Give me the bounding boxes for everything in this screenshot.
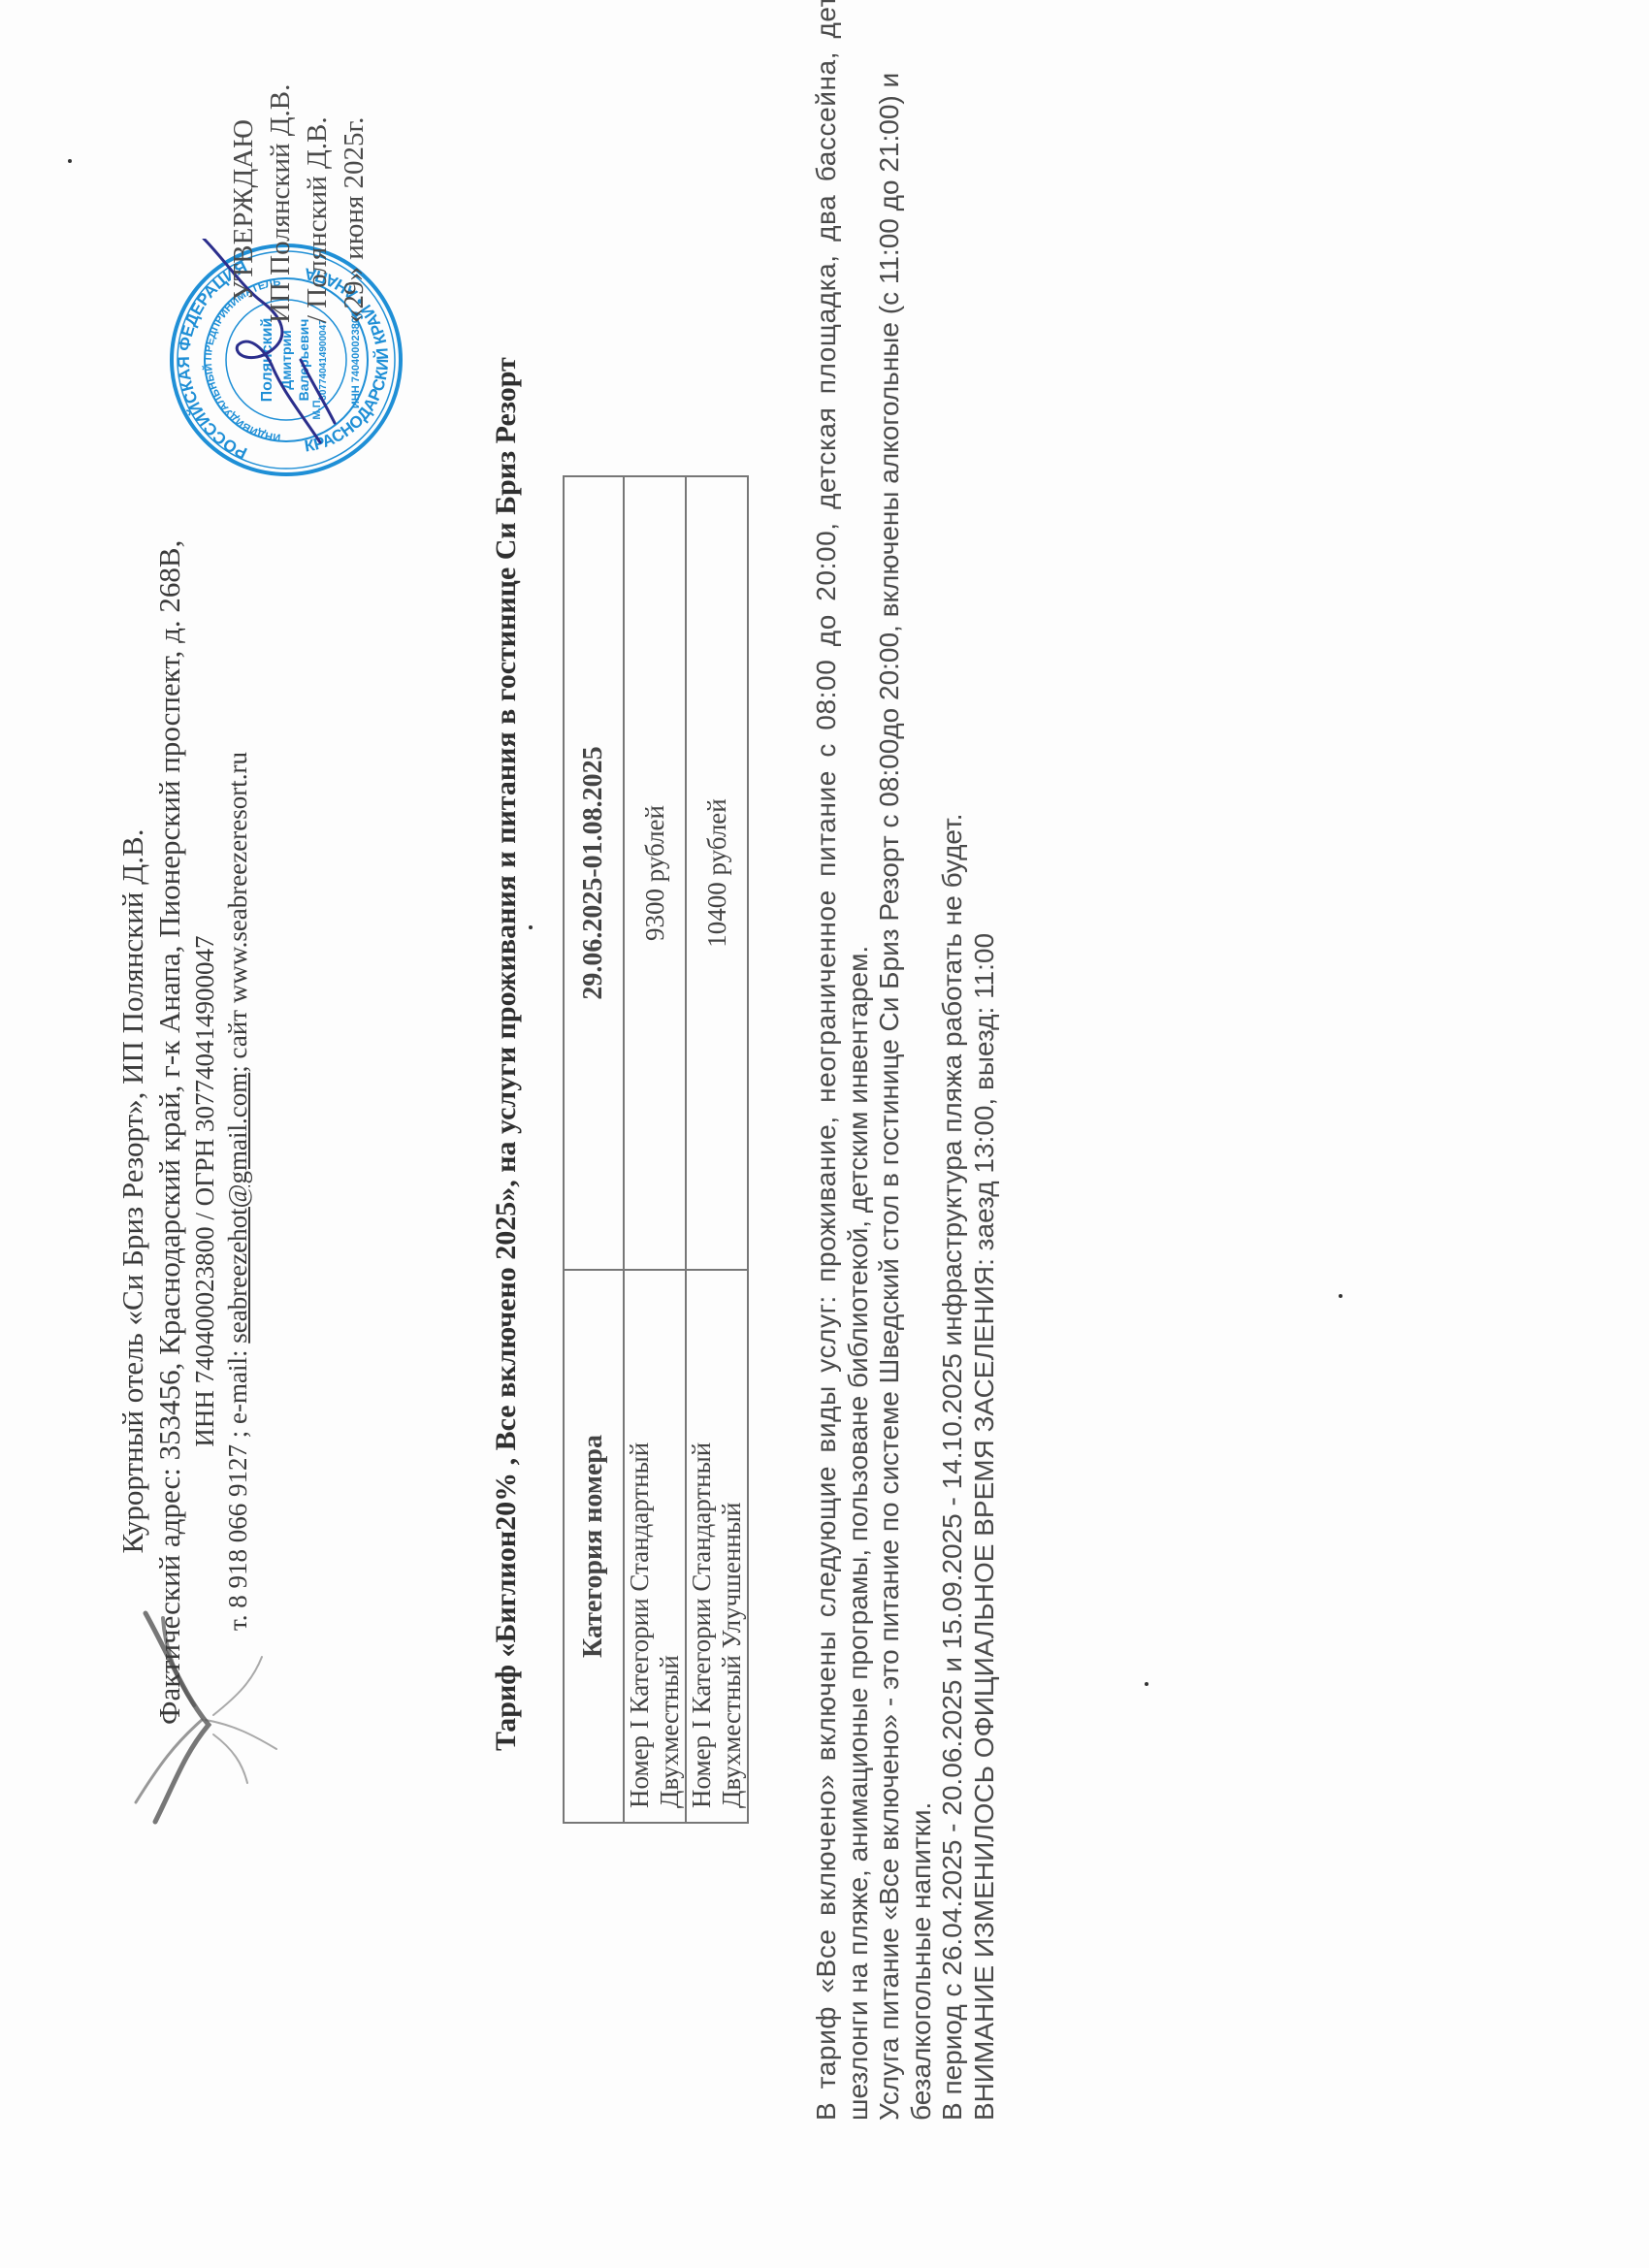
- scan-speck: [1339, 1294, 1342, 1298]
- company-registration: ИНН 740400023800 / ОГРН 307740414900047: [188, 658, 221, 1725]
- company-address: Фактический адрес: 353456, Краснодарский…: [151, 658, 188, 1725]
- tariff-title: Тариф «Биглион20% , Все включено 2025», …: [490, 490, 523, 1751]
- contact-phone: т. 8 918 066 9127 ; e-mail:: [223, 1344, 252, 1631]
- price-cell: 10400 рублей: [686, 476, 748, 1270]
- note-meal-service: Услуга питание «Все включено» - это пита…: [874, 45, 906, 2121]
- table-row: Номер I Категории Стандартный Двухместны…: [686, 476, 748, 1823]
- header-period: 29.06.2025-01.08.2025: [564, 476, 624, 1270]
- note-beach-infrastructure: В период с 26.04.2025 - 20.06.2025 и 15.…: [937, 45, 969, 2121]
- scan-speck: [529, 925, 533, 929]
- stamp-name-1: Полянский: [259, 318, 275, 403]
- table-header-row: Категория номера 29.06.2025-01.08.2025: [564, 476, 624, 1823]
- note-meal-service-cont: безалкогольные напитки.: [906, 45, 938, 2121]
- price-cell: 9300 рублей: [624, 476, 686, 1270]
- stamp-ogrn: 307740414900047: [318, 319, 329, 401]
- company-name: Курортный отель «Си Бриз Резорт», ИП Пол…: [114, 658, 151, 1725]
- note-included-services-cont: шезлонги на пляже, анимационые програмы,…: [843, 45, 875, 2121]
- company-header: Курортный отель «Си Бриз Резорт», ИП Пол…: [114, 658, 254, 1725]
- approval-signer-1: ИП Полянский Д.В.: [262, 119, 299, 323]
- rates-table: Категория номера 29.06.2025-01.08.2025 Н…: [563, 475, 749, 1824]
- room-category-cell: Номер I Категории Стандартный Двухместны…: [686, 1270, 748, 1823]
- tariff-notes: В тариф «Все включено» включены следующи…: [811, 45, 1000, 2121]
- note-included-services: В тариф «Все включено» включены следующи…: [811, 45, 843, 2121]
- header-room-category: Категория номера: [564, 1270, 624, 1823]
- room-category-cell: Номер I Категории Стандартный Двухместны…: [624, 1270, 686, 1823]
- stamp-name-3: Валерьевич: [296, 319, 311, 402]
- contact-website: ; сайт www.seabreezeresort.ru: [223, 752, 252, 1073]
- scan-speck: [1145, 1682, 1148, 1686]
- approval-signer-2: / Полянский Д.В.: [299, 119, 336, 323]
- note-checkin-time: ВНИМАНИЕ ИЗМЕНИЛОСЬ ОФИЦИАЛЬНОЕ ВРЕМЯ ЗА…: [969, 45, 1001, 2121]
- contact-email-link[interactable]: seabreezehot@gmail.com: [223, 1073, 252, 1344]
- approval-label: УТВЕРЖДАЮ: [225, 119, 262, 323]
- table-row: Номер I Категории Стандартный Двухместны…: [624, 476, 686, 1823]
- company-contacts: т. 8 918 066 9127 ; e-mail: seabreezehot…: [221, 658, 254, 1725]
- approval-date: «29» июня 2025г.: [336, 119, 372, 323]
- stamp-inn: ИНН 740400023800: [350, 311, 362, 408]
- approval-block: УТВЕРЖДАЮ ИП Полянский Д.В. / Полянский …: [225, 119, 372, 323]
- rotated-document-page: Курортный отель «Си Бриз Резорт», ИП Пол…: [0, 0, 1649, 2268]
- scan-speck: [68, 159, 72, 163]
